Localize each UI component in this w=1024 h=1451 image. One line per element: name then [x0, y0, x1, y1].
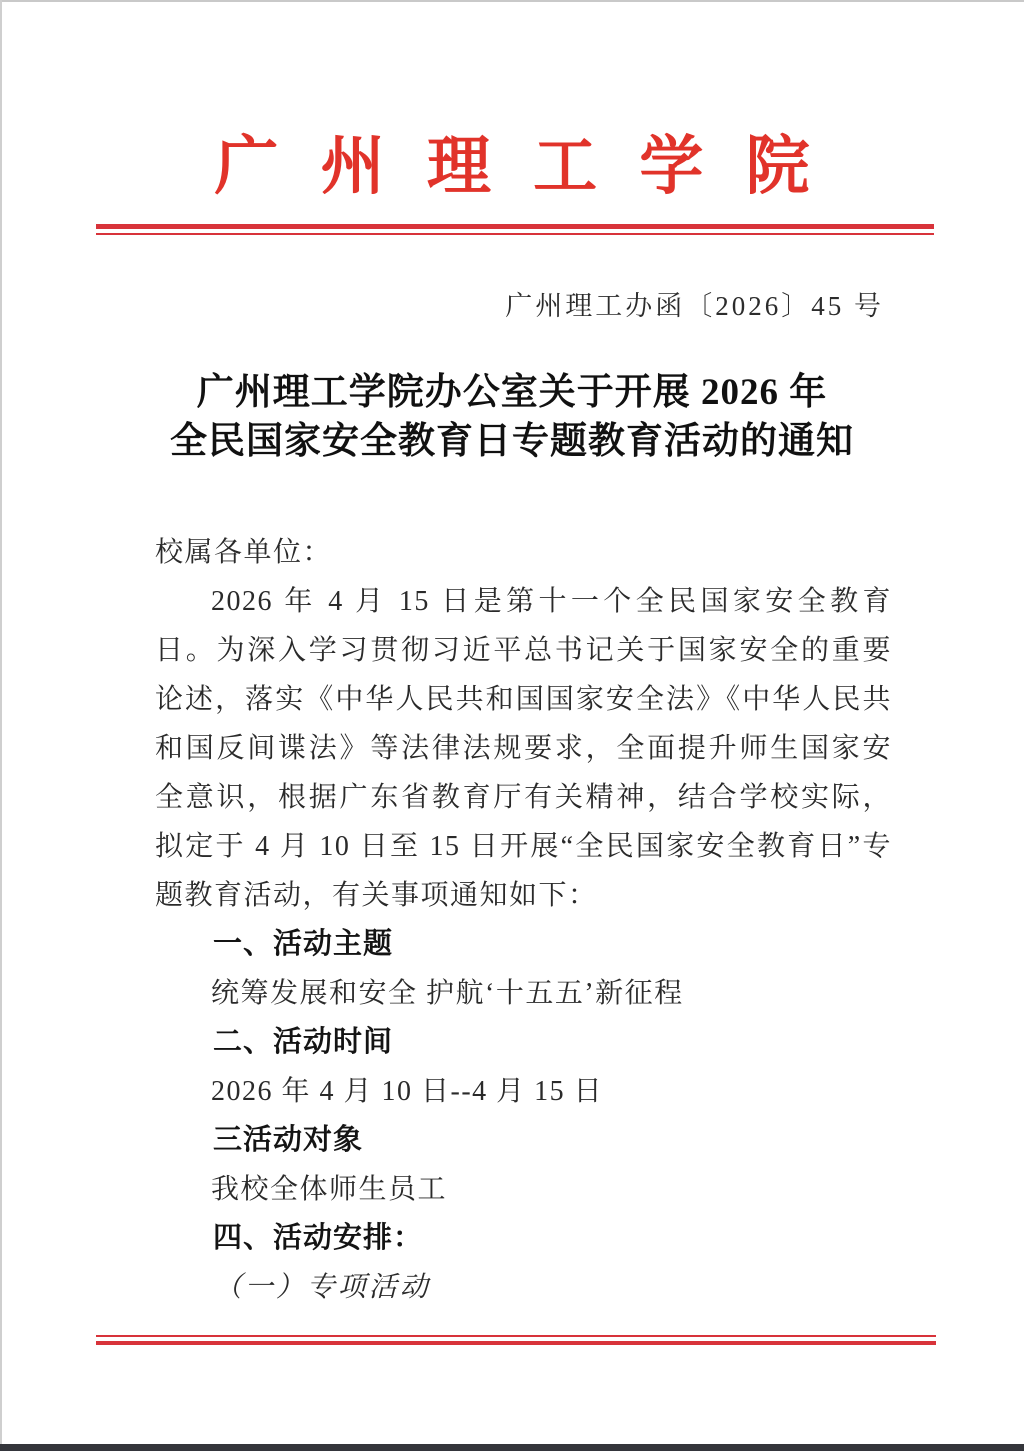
footer-rule-thick — [96, 1341, 936, 1345]
section-2-content: 2026 年 4 月 10 日--4 月 15 日 — [155, 1067, 892, 1116]
header-rule-thick — [96, 224, 934, 229]
salutation: 校属各单位： — [155, 528, 892, 577]
section-4-content: （一）专项活动 — [155, 1263, 892, 1312]
section-2-heading: 二、活动时间 — [155, 1018, 892, 1067]
notice-title: 广州理工学院办公室关于开展 2026 年 全民国家安全教育日专题教育活动的通知 — [0, 368, 1024, 466]
section-4-heading: 四、活动安排： — [155, 1214, 892, 1263]
scanned-notice-page: 广州理工学院 广州理工办函〔2026〕45 号 广州理工学院办公室关于开展 20… — [0, 0, 1024, 1451]
notice-title-line2: 全民国家安全教育日专题教育活动的通知 — [0, 417, 1024, 466]
section-3-heading: 三活动对象 — [155, 1116, 892, 1165]
document-number: 广州理工办函〔2026〕45 号 — [505, 284, 884, 323]
notice-body: 校属各单位： 2026 年 4 月 15 日是第十一个全民国家安全教育日。为深入… — [155, 528, 892, 1312]
intro-paragraph: 2026 年 4 月 15 日是第十一个全民国家安全教育日。为深入学习贯彻习近平… — [155, 577, 892, 920]
scan-edge-top — [0, 0, 1024, 2]
section-3-content: 我校全体师生员工 — [155, 1165, 892, 1214]
section-1-content: 统筹发展和安全 护航‘十五五’新征程 — [155, 969, 892, 1018]
scan-edge-left — [0, 0, 2, 1451]
letterhead-school-name: 广州理工学院 — [0, 128, 1024, 206]
section-1-heading: 一、活动主题 — [155, 920, 892, 969]
footer-rule-thin — [96, 1335, 936, 1337]
scan-edge-bottom — [0, 1444, 1024, 1451]
notice-title-line1: 广州理工学院办公室关于开展 2026 年 — [0, 368, 1024, 417]
header-rule-thin — [96, 233, 934, 235]
